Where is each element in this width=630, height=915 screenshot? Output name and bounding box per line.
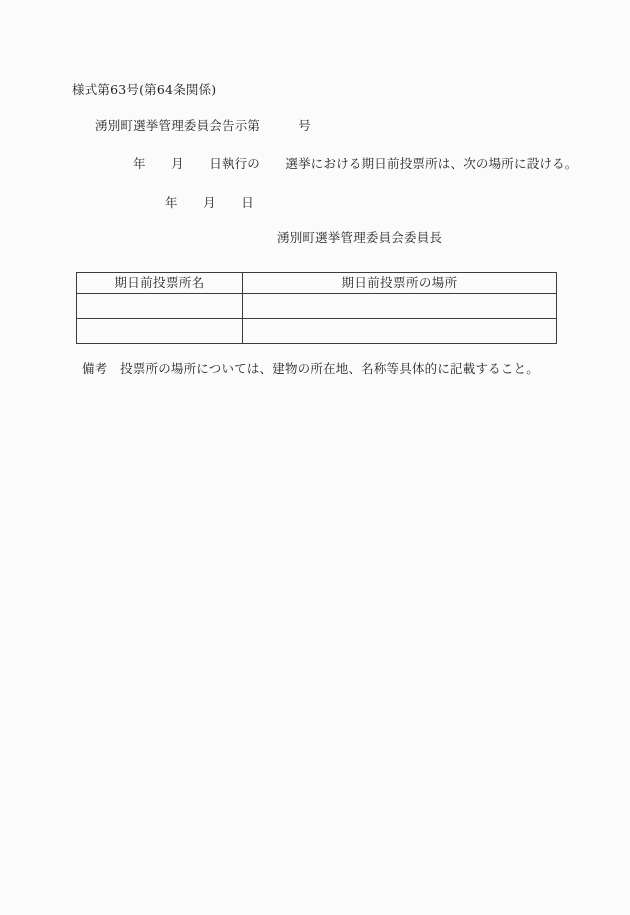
notice-number-line: 湧別町選挙管理委員会告示第 号 — [95, 120, 311, 133]
cell-voting-place-name — [77, 294, 243, 319]
committee-chairman-line: 湧別町選挙管理委員会委員長 — [277, 232, 442, 245]
cell-voting-place-location — [243, 294, 557, 319]
cell-voting-place-name — [77, 319, 243, 344]
advance-voting-places-table: 期日前投票所名 期日前投票所の場所 — [76, 272, 557, 344]
remarks-line: 備考 投票所の場所については、建物の所在地、名称等具体的に記載すること。 — [82, 363, 539, 376]
document-page: 様式第63号(第64条関係) 湧別町選挙管理委員会告示第 号 年 月 日執行の … — [0, 0, 630, 915]
header-voting-place-name: 期日前投票所名 — [77, 273, 243, 294]
table-header-row: 期日前投票所名 期日前投票所の場所 — [77, 273, 557, 294]
table-row — [77, 319, 557, 344]
form-number-line: 様式第63号(第64条関係) — [72, 84, 216, 97]
header-voting-place-location: 期日前投票所の場所 — [243, 273, 557, 294]
issue-date-line: 年 月 日 — [165, 197, 254, 210]
cell-voting-place-location — [243, 319, 557, 344]
election-execution-line: 年 月 日執行の 選挙における期日前投票所は、次の場所に設ける。 — [133, 158, 578, 171]
table-row — [77, 294, 557, 319]
